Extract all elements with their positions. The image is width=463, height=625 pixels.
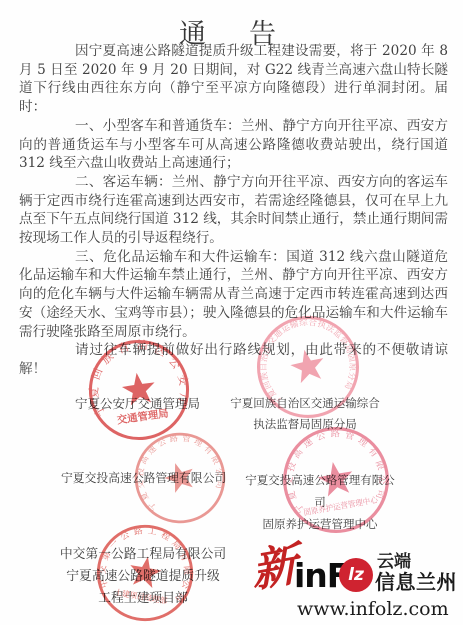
svg-text:土建项目经理部: 土建项目经理部	[114, 587, 168, 606]
stamp-icon: 中交第一公路工程局有限公司 土建项目经理部	[87, 515, 203, 625]
stamp-icon: 宁夏交投高速公路管理有限公司 固原养护运营管理中心	[272, 416, 399, 543]
star-icon	[127, 554, 163, 589]
official-seal-guyuan-maintenance: 宁夏交投高速公路管理有限公司 固原养护运营管理中心	[272, 416, 399, 543]
svg-text:固原养护运营管理中心: 固原养护运营管理中心	[303, 494, 379, 517]
star-icon	[316, 459, 356, 498]
notice-paragraph: 一、小型客车和普通货车：兰州、静宁方向开往平凉、西安方向的普通货运车与小型客车可…	[19, 117, 448, 173]
infolz-watermark: 新 inF lz 云端 信息兰州 www.infolz.com	[250, 545, 462, 625]
svg-text:交通管理局: 交通管理局	[116, 406, 170, 426]
star-icon	[288, 346, 327, 384]
brand-tagline-top: 云端	[377, 554, 411, 571]
official-seal-cccc-project: 中交第一公路工程局有限公司 土建项目经理部	[87, 515, 203, 625]
notice-document: 通 告 因宁夏高速公路隧道提质升级工程建设需要，将于 2020 年 8 月 5 …	[0, 0, 463, 625]
star-icon	[120, 371, 157, 407]
brand-lz-disc-icon: lz	[339, 558, 373, 592]
brand-tagline-main: 信息兰州	[375, 572, 457, 592]
official-seal-transport-enforcement: 宁夏回族自治区交通运输综合执法监督局固原分局	[245, 304, 371, 430]
star-icon	[161, 459, 198, 495]
notice-paragraph: 因宁夏高速公路隧道提质升级工程建设需要，将于 2020 年 8 月 5 日至 2…	[19, 42, 448, 117]
notice-body: 因宁夏高速公路隧道提质升级工程建设需要，将于 2020 年 8 月 5 日至 2…	[19, 42, 448, 379]
brand-lz-text: lz	[348, 567, 364, 584]
notice-paragraph: 二、客运车辆：兰州、静宁方向开往平凉、西安方向的客运车辆于定西市绕行连霍高速到达…	[19, 173, 448, 248]
notice-paragraph: 三、危化品运输车和大件运输车：国道 312 线六盘山隧道危化品运输车和大件运输车…	[19, 248, 448, 342]
calligraphy-xin-glyph: 新	[251, 541, 298, 594]
stamp-icon: 宁夏回族自治区交通运输综合执法监督局固原分局	[245, 304, 371, 430]
brand-url: www.infolz.com	[297, 600, 449, 619]
